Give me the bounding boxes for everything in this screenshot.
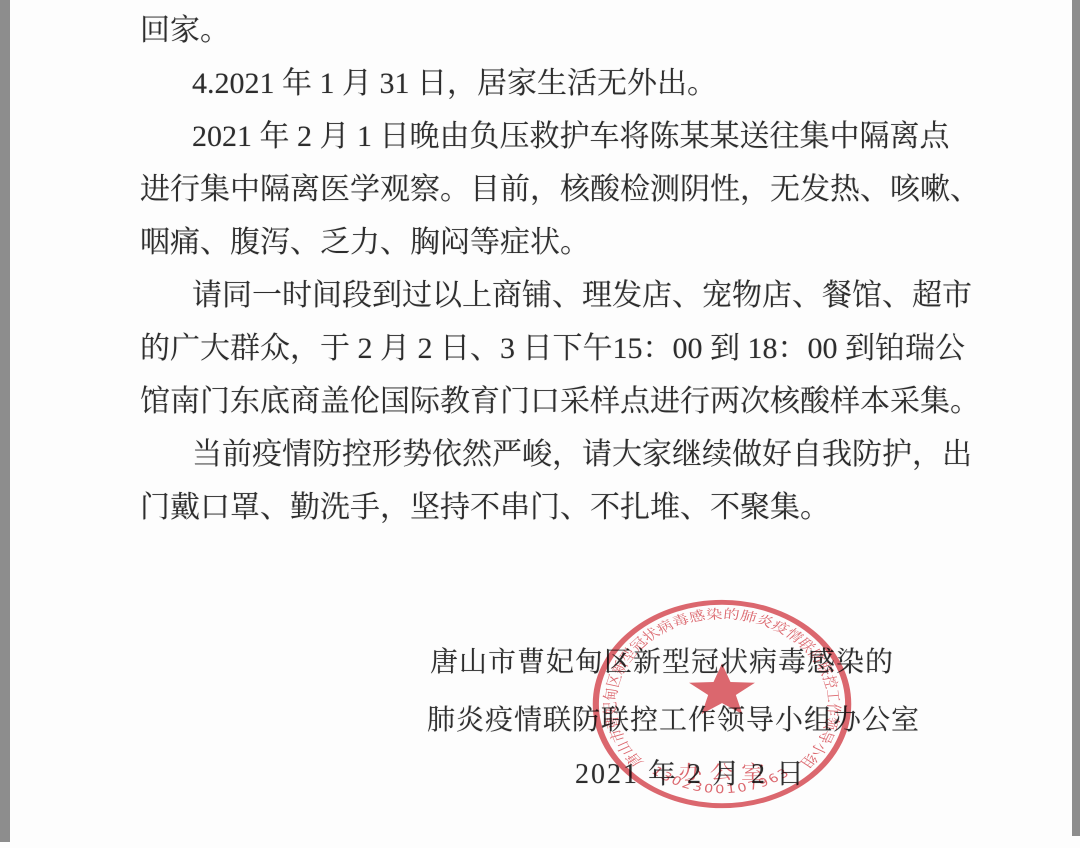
notice-line: 当前疫情防控形势依然严峻，请大家继续做好自我防护，出 (140, 428, 955, 481)
notice-line: 进行集中隔离医学观察。目前，核酸检测阴性，无发热、咳嗽、 (140, 163, 955, 216)
notice-line: 门戴口罩、勤洗手，坚持不串门、不扎堆、不聚集。 (140, 481, 955, 534)
notice-body: 回家。 4.2021 年 1 月 31 日，居家生活无外出。 2021 年 2 … (140, 4, 955, 534)
right-edge-strip (1072, 0, 1080, 836)
notice-line: 4.2021 年 1 月 31 日，居家生活无外出。 (140, 57, 955, 110)
official-seal: 唐山市曹妃甸区新型冠状病毒感染的肺炎疫情联防联控工作领导小组 办公室 13023… (588, 596, 856, 812)
seal-star-icon (689, 664, 755, 714)
notice-line: 咽痛、腹泻、乏力、胸闷等症状。 (140, 216, 955, 269)
document-page: 回家。 4.2021 年 1 月 31 日，居家生活无外出。 2021 年 2 … (0, 0, 1080, 848)
notice-line: 请同一时间段到过以上商铺、理发店、宠物店、餐馆、超市 (140, 269, 955, 322)
left-edge-strip (0, 0, 10, 842)
notice-line: 回家。 (140, 4, 955, 57)
notice-line: 的广大群众，于 2 月 2 日、3 日下午15：00 到 18：00 到铂瑞公 (140, 322, 955, 375)
notice-line: 2021 年 2 月 1 日晚由负压救护车将陈某某送往集中隔离点 (140, 110, 955, 163)
notice-line: 馆南门东底商盖伦国际教育门口采样点进行两次核酸样本采集。 (140, 375, 955, 428)
